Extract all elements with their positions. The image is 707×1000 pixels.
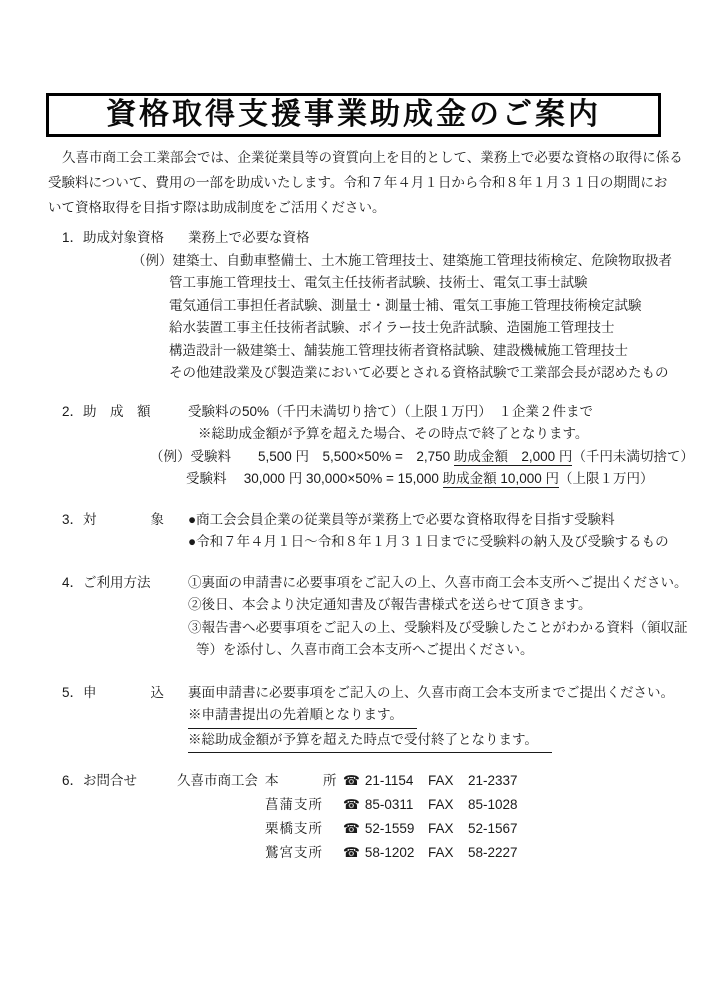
phone-icon: ☎	[343, 769, 360, 793]
subsidy-amount-underlined: 助成金額 2,000 円	[454, 449, 573, 466]
calc-post-text: （上限１万円）	[559, 471, 654, 486]
telephone-cell: ☎21-1154	[343, 769, 428, 793]
office-name: 鷲宮支所	[265, 841, 343, 865]
section-heading-row: 3． 対 象 ●商工会会員企業の従業員等が業務上で必要な資格取得を目指す受験料	[62, 509, 661, 532]
fax-cell: FAX58-2227	[428, 841, 518, 865]
calculation-example-line: （例）受験料 5,500 円 5,500×50% = 2,750 助成金額 2,…	[150, 446, 661, 469]
section-number: 4．	[62, 572, 83, 595]
telephone-cell: ☎58-1202	[343, 841, 428, 865]
section-heading-row: 6． お問合せ 久喜市商工会 本 所 ☎21-1154 FAX21-2337	[62, 769, 661, 793]
eligibility-bullet: ●商工会会員企業の従業員等が業務上で必要な資格取得を目指す受験料	[188, 509, 661, 532]
fax-label: FAX	[428, 793, 468, 817]
section-subsidy-amount: 2． 助 成 額 受験料の50%（千円未満切り捨て）（上限１万円） １企業２件ま…	[62, 401, 661, 491]
example-line: 電気通信工事担任者試験、測量士・測量士補、電気工事施工管理技術検定試験	[169, 295, 661, 318]
section-heading-row: 2． 助 成 額 受験料の50%（千円未満切り捨て）（上限１万円） １企業２件ま…	[62, 401, 661, 424]
example-line: 管工事施工管理技士、電気主任技術者試験、技術士、電気工事士試験	[169, 272, 661, 295]
application-note: ※総助成金額が予算を超えた時点で受付終了となります。	[188, 729, 661, 754]
contact-row: 菖蒲支所 ☎85-0311 FAX85-1028	[265, 793, 661, 817]
contact-row: 栗橋支所 ☎52-1559 FAX52-1567	[265, 817, 661, 841]
phone-number: 85-0311	[365, 793, 414, 817]
qualification-examples-list: （例）建築士、自動車整備士、土木施工管理技士、建築施工管理技術検定、危険物取扱者…	[132, 250, 661, 385]
section-number: 1．	[62, 227, 83, 250]
example-line: 給水装置工事主任技術者試験、ボイラー技士免許試験、造園施工管理技士	[169, 317, 661, 340]
phone-number: 52-1559	[365, 817, 415, 841]
office-name: 菖蒲支所	[265, 793, 343, 817]
phone-icon: ☎	[343, 817, 360, 841]
section-application: 5． 申 込 裏面申請書に必要事項をご記入の上、久喜市商工会本支所までご提出くだ…	[62, 682, 661, 754]
section-label: 助成対象資格	[83, 227, 188, 250]
contact-first-row: 久喜市商工会 本 所 ☎21-1154 FAX21-2337	[177, 769, 661, 793]
procedure-step: ③報告書へ必要事項をご記入の上、受験料及び受験したことがわかる資料（領収証	[188, 617, 661, 640]
application-instruction: 裏面申請書に必要事項をご記入の上、久喜市商工会本支所までご提出ください。	[188, 682, 674, 705]
telephone-cell: ☎52-1559	[343, 817, 428, 841]
phone-icon: ☎	[343, 841, 360, 865]
example-line: 構造設計一級建築士、舗装施工管理技術者資格試験、建設機械施工管理技士	[169, 340, 661, 363]
calc-post-text: （千円未満切捨て）	[572, 449, 694, 464]
section-contact: 6． お問合せ 久喜市商工会 本 所 ☎21-1154 FAX21-2337 菖…	[62, 769, 661, 865]
telephone-cell: ☎85-0311	[343, 793, 428, 817]
section-number: 3．	[62, 509, 83, 532]
budget-cutoff-note-underlined: ※総助成金額が予算を超えた時点で受付終了となります。	[188, 729, 552, 754]
fax-label: FAX	[428, 817, 468, 841]
intro-line: いて資格取得を目指す際は助成制度をご活用ください。	[48, 195, 661, 220]
fax-label: FAX	[428, 769, 468, 793]
calc-pre-text: 受験料 30,000 円 30,000×50% = 15,000	[186, 471, 443, 486]
example-line: （例）建築士、自動車整備士、土木施工管理技士、建築施工管理技術検定、危険物取扱者	[132, 250, 661, 273]
procedure-step: ②後日、本会より決定通知書及び報告書様式を送らせて頂きます。	[188, 594, 661, 617]
office-name: 本 所	[265, 769, 343, 793]
section-content: 受験料の50%（千円未満切り捨て）（上限１万円） １企業２件まで	[188, 401, 661, 424]
procedure-step: ①裏面の申請書に必要事項をご記入の上、久喜市商工会本支所へご提出ください。	[188, 572, 688, 595]
fax-number: 58-2227	[468, 841, 518, 865]
section-label: 申 込	[83, 682, 188, 705]
document-page: 資格取得支援事業助成金のご案内 久喜市商工会工業部会では、企業従業員等の資質向上…	[0, 0, 707, 865]
phone-icon: ☎	[343, 793, 360, 817]
first-come-note-underlined: ※申請書提出の先着順となります。	[188, 704, 417, 729]
section-subsidy-target: 1． 助成対象資格 業務上で必要な資格 （例）建築士、自動車整備士、土木施工管理…	[62, 227, 661, 385]
calc-pre-text: （例）受験料 5,500 円 5,500×50% = 2,750	[150, 449, 454, 464]
contact-row: 本 所 ☎21-1154 FAX21-2337	[265, 769, 518, 793]
section-number: 2．	[62, 401, 83, 424]
contact-row: 鷲宮支所 ☎58-1202 FAX58-2227	[265, 841, 661, 865]
section-label: ご利用方法	[83, 572, 188, 595]
document-title: 資格取得支援事業助成金のご案内	[106, 96, 601, 134]
intro-line: 受験料について、費用の一部を助成いたします。令和７年４月１日から令和８年１月３１…	[48, 170, 661, 195]
section-heading-row: 4． ご利用方法 ①裏面の申請書に必要事項をご記入の上、久喜市商工会本支所へご提…	[62, 572, 661, 595]
calculation-example-line: 受験料 30,000 円 30,000×50% = 15,000 助成金額 10…	[186, 468, 661, 491]
phone-number: 58-1202	[365, 841, 415, 865]
organization-name: 久喜市商工会	[177, 769, 265, 793]
section-label: 対 象	[83, 509, 188, 532]
section-usage-procedure: 4． ご利用方法 ①裏面の申請書に必要事項をご記入の上、久喜市商工会本支所へご提…	[62, 572, 661, 662]
section-heading-row: 1． 助成対象資格 業務上で必要な資格	[62, 227, 661, 250]
phone-number: 21-1154	[365, 769, 414, 793]
example-line: その他建設業及び製造業において必要とされる資格試験で工業部会長が認めたもの	[169, 362, 661, 385]
fax-number: 85-1028	[468, 793, 518, 817]
fax-cell: FAX85-1028	[428, 793, 518, 817]
section-heading-row: 5． 申 込 裏面申請書に必要事項をご記入の上、久喜市商工会本支所までご提出くだ…	[62, 682, 661, 705]
calculation-examples: （例）受験料 5,500 円 5,500×50% = 2,750 助成金額 2,…	[150, 446, 661, 491]
fax-number: 21-2337	[468, 769, 518, 793]
fax-cell: FAX21-2337	[428, 769, 518, 793]
section-label: 助 成 額	[83, 401, 188, 424]
document-title-box: 資格取得支援事業助成金のご案内	[46, 93, 661, 137]
section-number: 5．	[62, 682, 83, 705]
section-eligibility: 3． 対 象 ●商工会会員企業の従業員等が業務上で必要な資格取得を目指す受験料 …	[62, 509, 661, 554]
intro-paragraph: 久喜市商工会工業部会では、企業従業員等の資質向上を目的として、業務上で必要な資格…	[48, 145, 661, 220]
budget-note: ※総助成金額が予算を超えた場合、その時点で終了となります。	[198, 423, 661, 446]
office-name: 栗橋支所	[265, 817, 343, 841]
application-note: ※申請書提出の先着順となります。	[188, 704, 661, 729]
eligibility-bullet: ●令和７年４月１日～令和８年１月３１日までに受験料の納入及び受験するもの	[188, 531, 661, 554]
intro-line: 久喜市商工会工業部会では、企業従業員等の資質向上を目的として、業務上で必要な資格…	[48, 145, 661, 170]
section-content: 業務上で必要な資格	[188, 227, 661, 250]
section-label: お問合せ	[83, 769, 188, 793]
fax-cell: FAX52-1567	[428, 817, 518, 841]
fax-number: 52-1567	[468, 817, 518, 841]
procedure-step-continuation: 等）を添付し、久喜市商工会本支所へご提出ください。	[196, 639, 661, 662]
fax-label: FAX	[428, 841, 468, 865]
section-number: 6．	[62, 769, 83, 793]
subsidy-amount-underlined: 助成金額 10,000 円	[443, 471, 559, 488]
